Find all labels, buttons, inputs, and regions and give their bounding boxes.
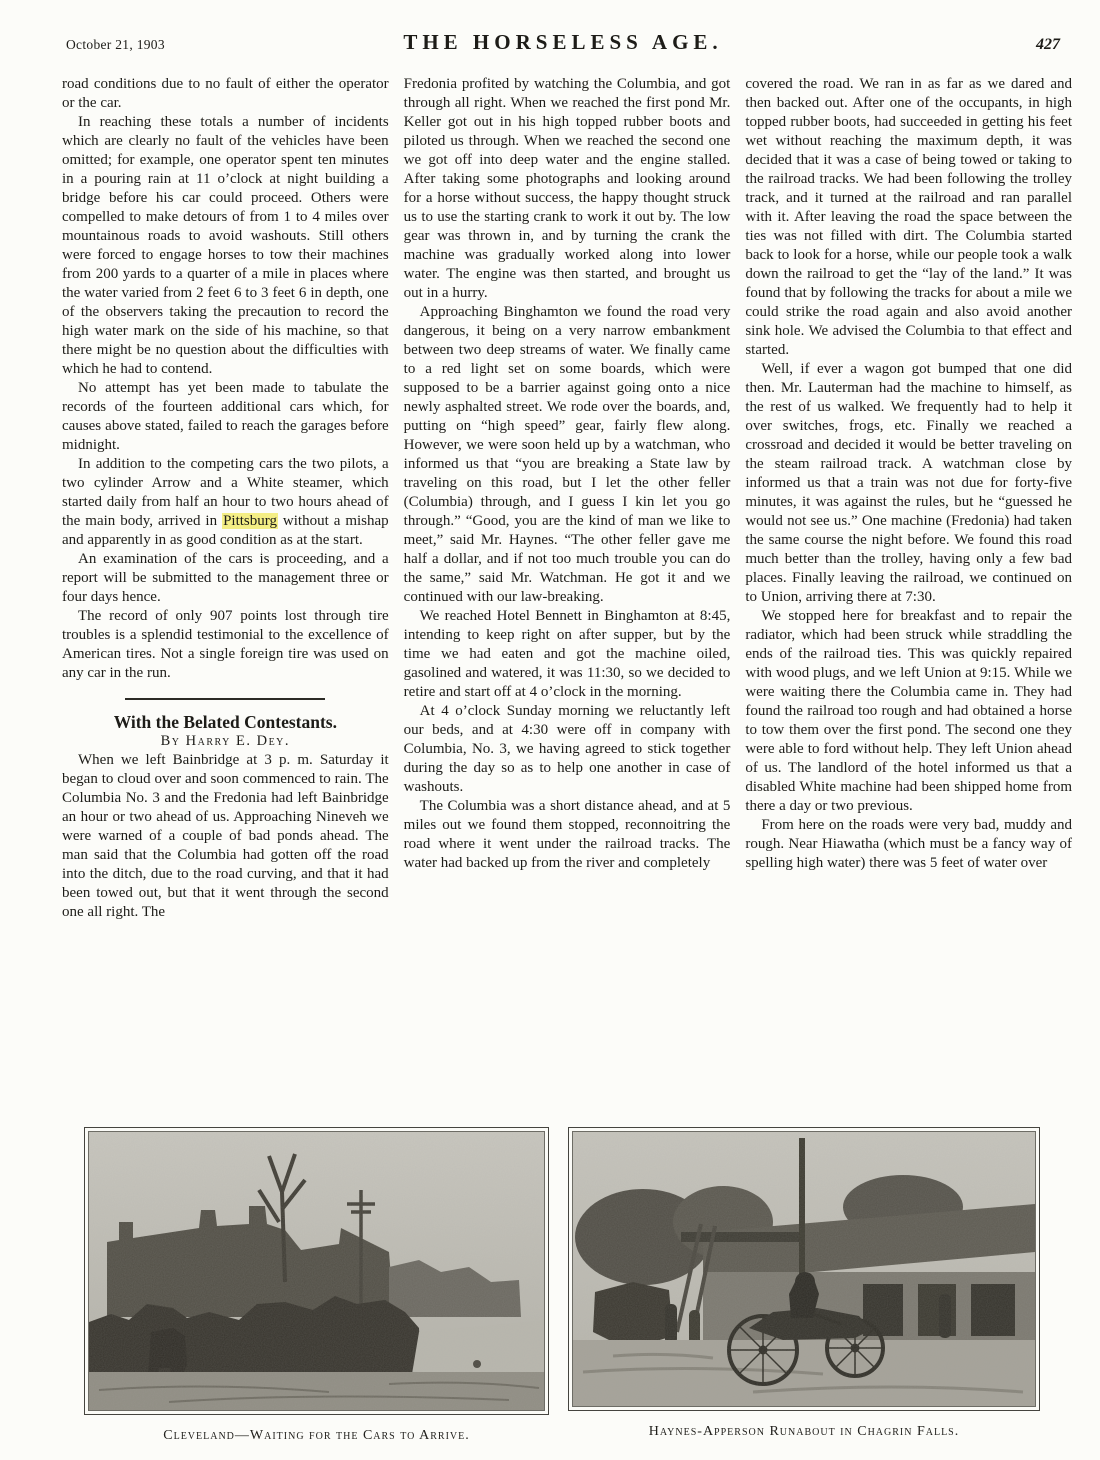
publication-title: THE HORSELESS AGE.: [286, 30, 840, 55]
paragraph: road conditions due to no fault of eithe…: [62, 75, 389, 113]
section-divider: [125, 698, 325, 700]
paragraph: The Columbia was a short distance ahead,…: [404, 797, 731, 873]
paragraph: Fredonia profited by watching the Columb…: [404, 75, 731, 303]
column-3: covered the road. We ran in as far as we…: [745, 75, 1072, 922]
film-grain: [573, 1132, 1035, 1406]
film-grain: [89, 1132, 544, 1410]
paragraph: In addition to the competing cars the tw…: [62, 455, 389, 550]
photo-block-right: Haynes-Apperson Runabout in Chagrin Fall…: [568, 1127, 1040, 1440]
photo-row: Cleveland—Waiting for the Cars to Arrive…: [0, 1127, 1100, 1460]
page-header: October 21, 1903 THE HORSELESS AGE. 427: [0, 0, 1100, 55]
column-1: road conditions due to no fault of eithe…: [62, 75, 389, 922]
photo-left-cleveland-street-scene: [89, 1132, 544, 1410]
photo-right-caption: Haynes-Apperson Runabout in Chagrin Fall…: [568, 1424, 1040, 1440]
photo-left-frame: [84, 1127, 549, 1415]
photo-block-left: Cleveland—Waiting for the Cars to Arrive…: [84, 1127, 549, 1444]
paragraph: Well, if ever a wagon got bumped that on…: [745, 360, 1072, 607]
paragraph: In reaching these totals a number of inc…: [62, 113, 389, 379]
paragraph: At 4 o’clock Sunday morning we reluctant…: [404, 702, 731, 797]
section-title: With the Belated Contestants.: [62, 713, 389, 732]
text-columns: road conditions due to no fault of eithe…: [0, 55, 1100, 922]
column-2: Fredonia profited by watching the Columb…: [404, 75, 731, 922]
paragraph: When we left Bainbridge at 3 p. m. Satur…: [62, 751, 389, 922]
photo-right-frame: [568, 1127, 1040, 1411]
paragraph: The record of only 907 points lost throu…: [62, 607, 389, 683]
photo-left-caption: Cleveland—Waiting for the Cars to Arrive…: [84, 1428, 549, 1444]
paragraph: No attempt has yet been made to tabulate…: [62, 379, 389, 455]
issue-date: October 21, 1903: [66, 37, 286, 53]
paragraph: We stopped here for breakfast and to rep…: [745, 607, 1072, 816]
paragraph: covered the road. We ran in as far as we…: [745, 75, 1072, 360]
photo-right-runabout-scene: [573, 1132, 1035, 1406]
byline: By Harry E. Dey.: [62, 732, 389, 751]
highlight-pittsburg: Pittsburg: [222, 513, 278, 529]
paragraph: Approaching Binghamton we found the road…: [404, 303, 731, 607]
paragraph: We reached Hotel Bennett in Binghamton a…: [404, 607, 731, 702]
paragraph: An examination of the cars is proceeding…: [62, 550, 389, 607]
magazine-page: October 21, 1903 THE HORSELESS AGE. 427 …: [0, 0, 1100, 1460]
page-number: 427: [840, 36, 1060, 54]
paragraph: From here on the roads were very bad, mu…: [745, 816, 1072, 873]
